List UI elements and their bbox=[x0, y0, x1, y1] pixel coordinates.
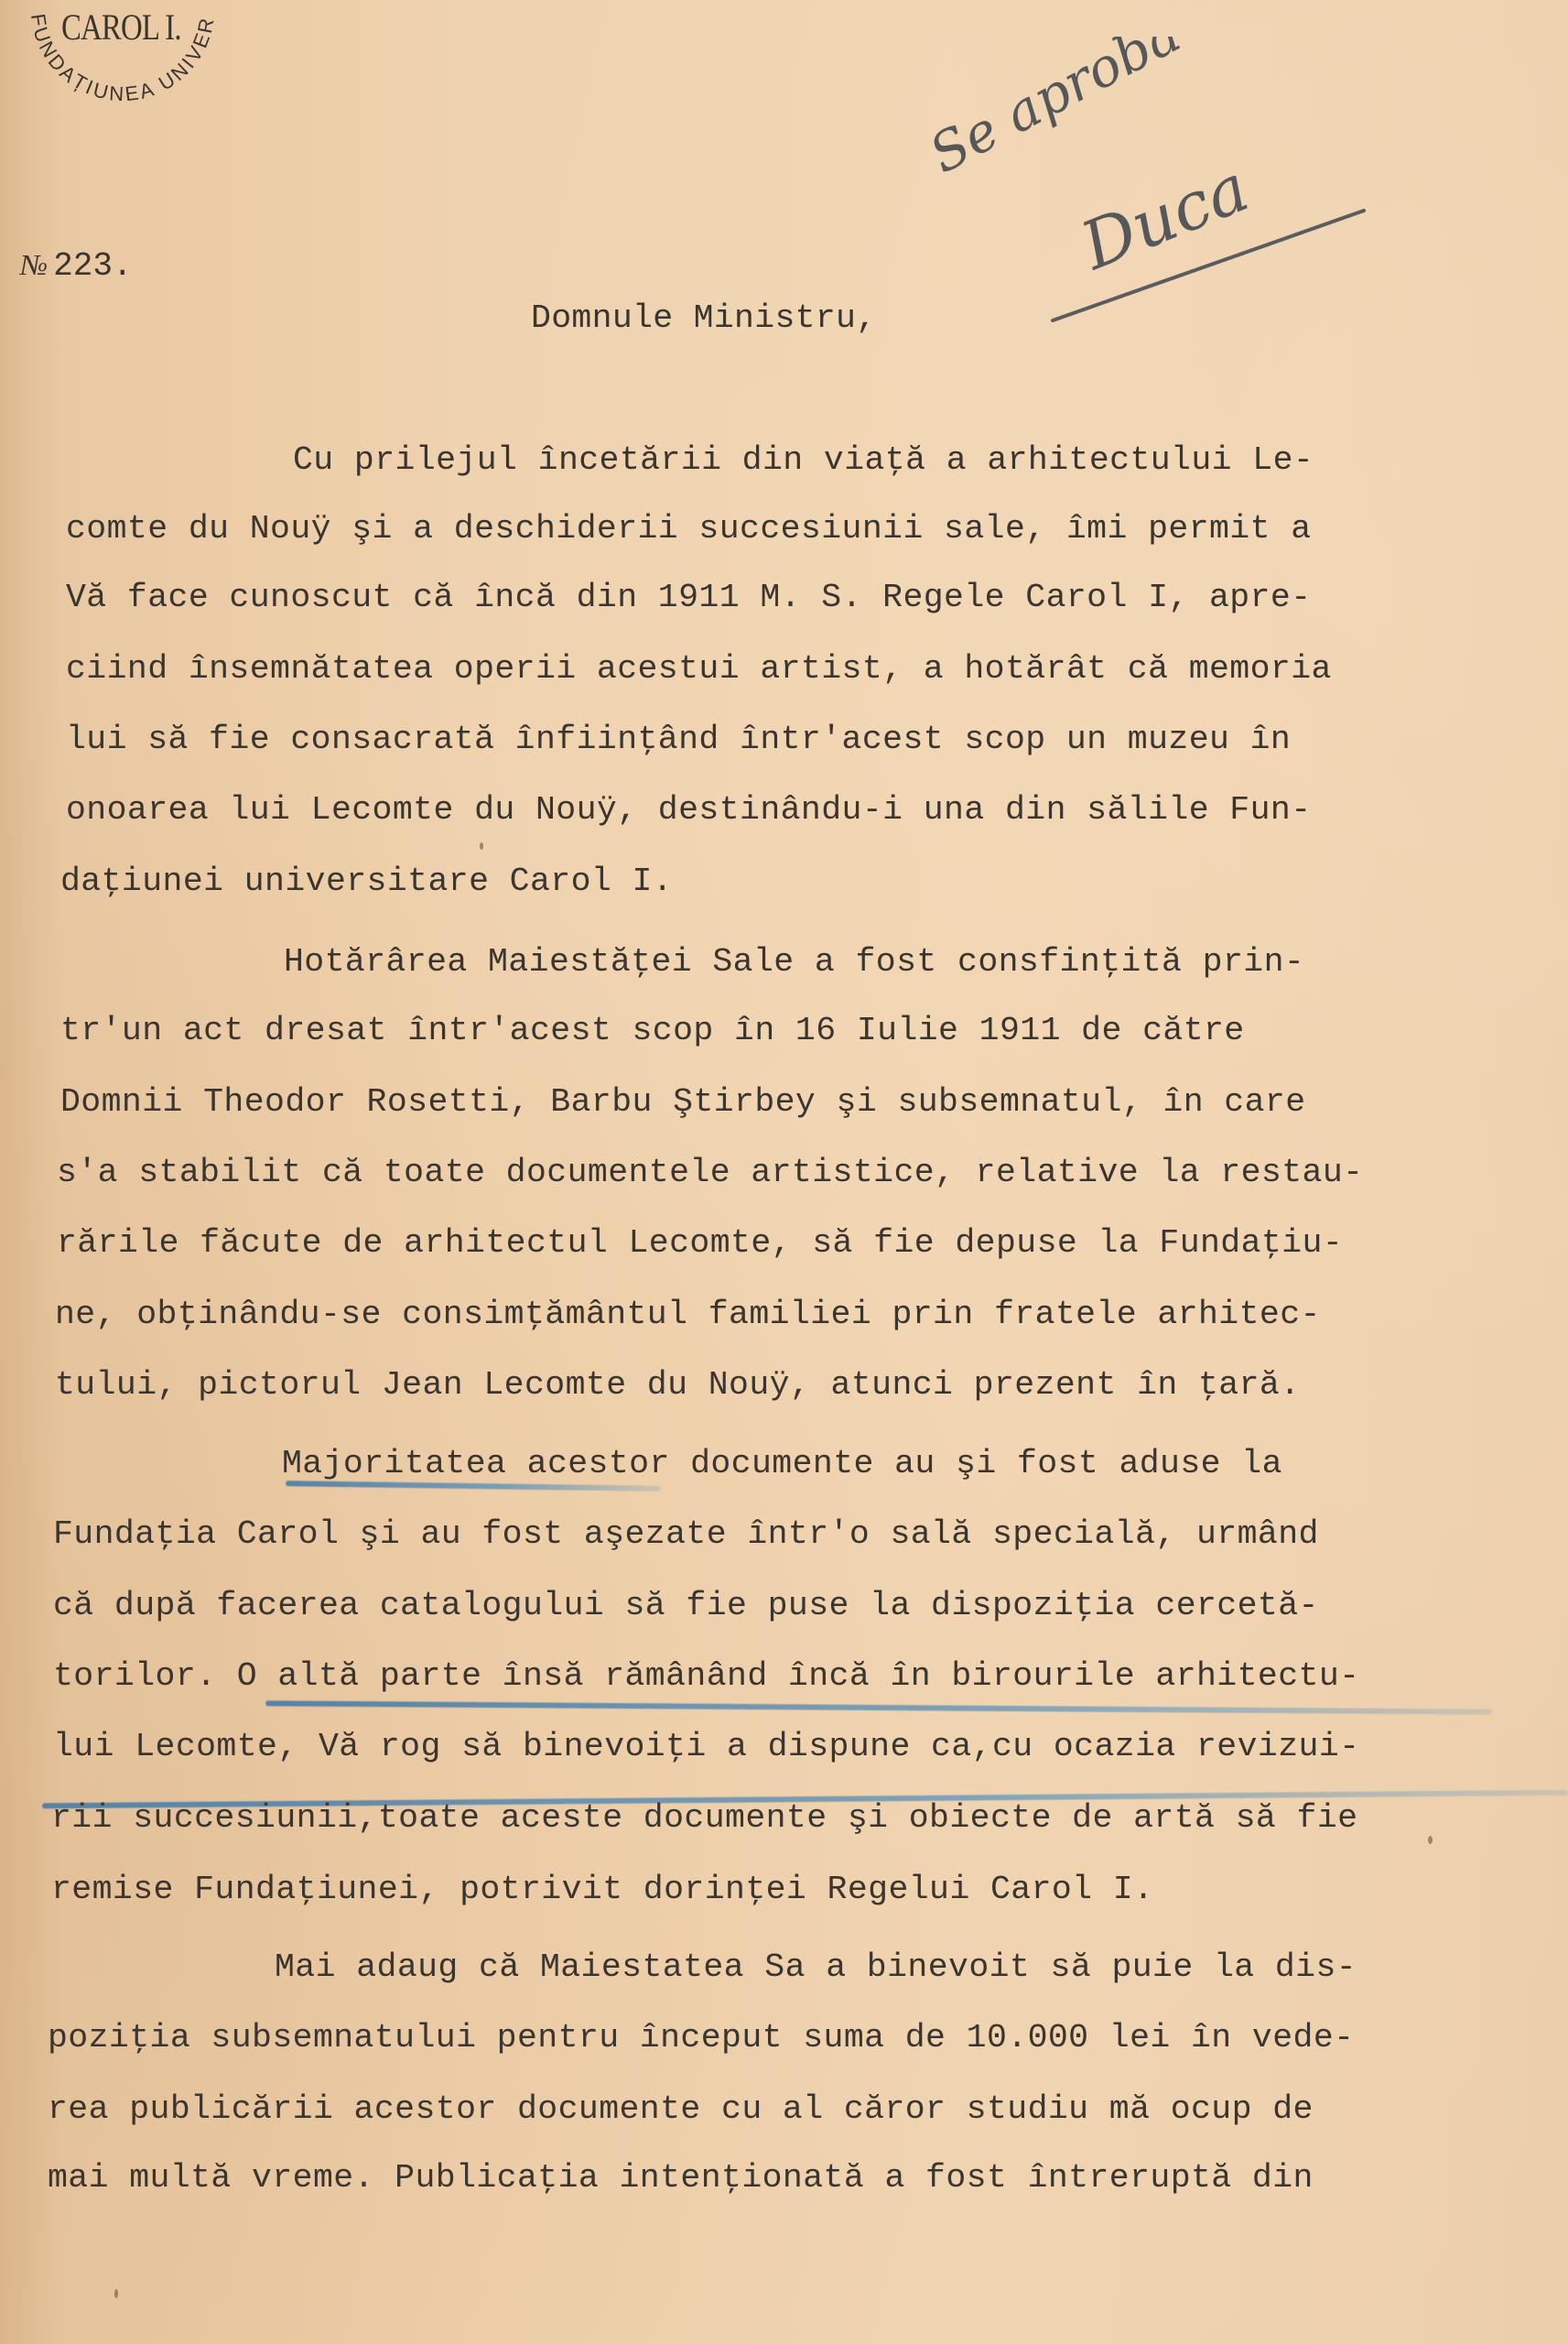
body-line: ne, obţinându-se consimţământul familiei… bbox=[55, 1296, 1321, 1333]
document-number-value: 223. bbox=[53, 247, 132, 285]
body-line: Cu prilejul încetării din viaţă a arhite… bbox=[293, 441, 1314, 479]
body-line: Domnii Theodor Rosetti, Barbu Ştirbey şi… bbox=[60, 1083, 1306, 1121]
body-line: Majoritatea acestor documente au şi fost… bbox=[282, 1445, 1282, 1482]
numero-sign: № bbox=[20, 248, 48, 281]
paper-speck bbox=[480, 842, 483, 850]
handwritten-approval: Se aprobă Duca bbox=[934, 37, 1446, 348]
body-line: tr'un act dresat într'acest scop în 16 I… bbox=[60, 1012, 1245, 1049]
body-line: Hotărârea Maiestăţei Sale a fost consfin… bbox=[284, 943, 1304, 981]
stamp-center-text: CAROL I. bbox=[61, 5, 181, 49]
document-page: FUNDAȚIUNEA UNIVERSITARĂ CAROL I. №223. … bbox=[0, 0, 1568, 2344]
institution-stamp: FUNDAȚIUNEA UNIVERSITARĂ CAROL I. bbox=[20, 0, 231, 128]
body-line: tului, pictorul Jean Lecomte du Nouÿ, at… bbox=[55, 1366, 1301, 1404]
body-line: remise Fundaţiunei, potrivit dorinţei Re… bbox=[51, 1871, 1153, 1908]
body-line: rii succesiunii,toate aceste documente ş… bbox=[51, 1799, 1357, 1837]
body-line: mai multă vreme. Publicaţia intenţionată… bbox=[48, 2159, 1314, 2197]
paper-speck bbox=[1428, 1836, 1433, 1844]
body-line: torilor. O altă parte însă rămânând încă… bbox=[53, 1657, 1359, 1695]
body-line: daţiunei universitare Carol I. bbox=[60, 863, 673, 900]
body-line: că după facerea catalogului să fie puse … bbox=[53, 1587, 1319, 1624]
salutation: Domnule Ministru, bbox=[531, 299, 876, 337]
body-line: poziţia subsemnatului pentru început sum… bbox=[48, 2019, 1354, 2056]
body-line: rea publicării acestor documente cu al c… bbox=[48, 2090, 1314, 2128]
body-line: comte du Nouÿ şi a deschiderii succesiun… bbox=[66, 510, 1312, 548]
body-line: s'a stabilit că toate documentele artist… bbox=[57, 1154, 1363, 1191]
body-line: Vă face cunoscut că încă din 1911 M. S. … bbox=[66, 579, 1312, 616]
body-line: Fundaţia Carol şi au fost aşezate într'o… bbox=[53, 1515, 1319, 1553]
approval-text: Se aprobă bbox=[934, 37, 1190, 185]
body-line: ciind însemnătatea operii acestui artist… bbox=[66, 650, 1332, 688]
body-line: Mai adaug că Maiestatea Sa a binevoit să… bbox=[275, 1948, 1357, 1986]
blue-pencil-underline bbox=[265, 1700, 1492, 1714]
body-line: rările făcute de arhitectul Lecomte, să … bbox=[57, 1224, 1343, 1262]
body-line: lui Lecomte, Vă rog să binevoiţi a dispu… bbox=[53, 1728, 1359, 1765]
paper-speck bbox=[114, 2289, 118, 2298]
body-line: onoarea lui Lecomte du Nouÿ, destinându-… bbox=[66, 791, 1312, 829]
signature: Duca bbox=[1069, 149, 1259, 286]
document-number: №223. bbox=[20, 247, 133, 285]
body-line: lui să fie consacrată înfiinţând într'ac… bbox=[66, 721, 1291, 758]
